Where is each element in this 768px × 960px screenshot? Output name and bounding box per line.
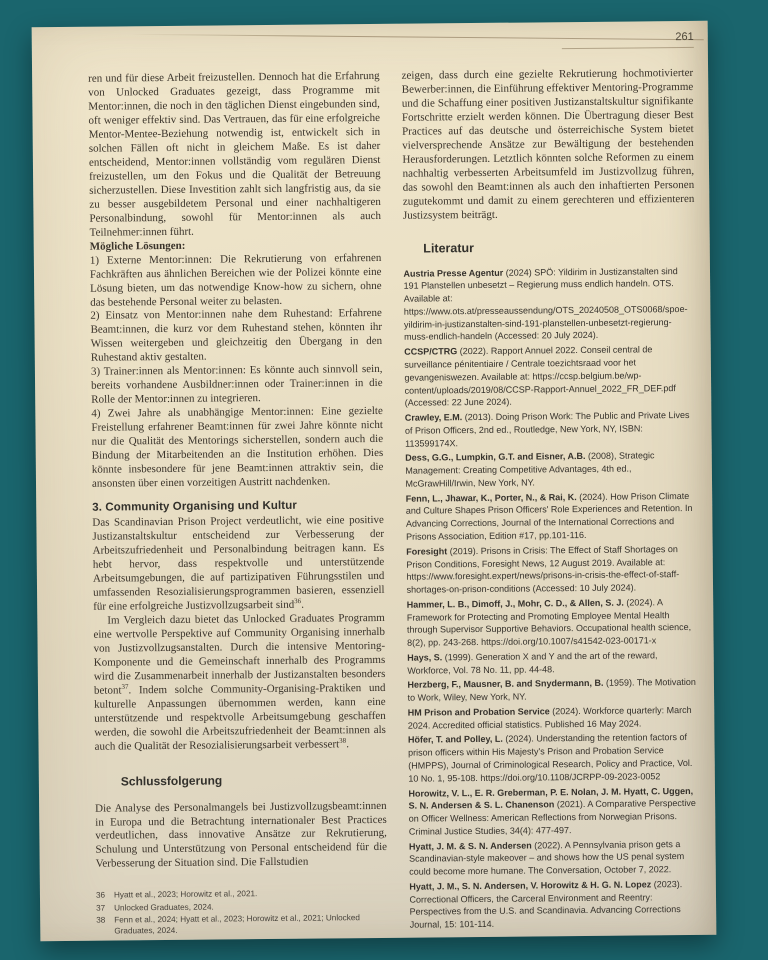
right-column: zeigen, dass durch eine gezielte Rekruti… (402, 67, 702, 930)
footnote-number: 38 (96, 915, 107, 938)
reference-authors: CCSP/CTRG (404, 346, 457, 357)
conclusion-heading: Schlussfolgerung (121, 771, 387, 788)
left-column: ren und für diese Arbeit freizustellen. … (88, 70, 388, 933)
reference-item: Crawley, E.M. (2013). Doing Prison Work:… (405, 409, 697, 450)
conclusion-paragraph: Die Analyse des Personalmangels bei Just… (95, 799, 387, 872)
footnote-text: Fenn et al., 2024; Hyatt et al., 2023; H… (114, 912, 388, 937)
photo-background: 261 ren und für diese Arbeit freizustell… (0, 0, 768, 960)
reference-authors: Herzberg, F., Mausner, B. and Snydermann… (407, 678, 603, 690)
solution-item: 2) Einsatz von Mentor:innen nahe dem Ruh… (90, 307, 382, 366)
footnotes-block: 36 Hyatt et al., 2023; Horowitz et al., … (96, 887, 388, 937)
reference-authors: HM Prison and Probation Service (408, 706, 550, 717)
reference-item: Hyatt, J. M., S. N. Andersen, V. Horowit… (409, 878, 701, 932)
footnote-text: Hyatt et al., 2023; Horowitz et al., 202… (114, 889, 257, 902)
reference-authors: Fenn, L., Jhawar, K., Porter, N., & Rai,… (406, 492, 577, 504)
page-number-text: 261 (675, 31, 693, 43)
reference-authors: Höfer, T. and Polley, L. (408, 734, 503, 745)
reference-item: Hays, S. (1999). Generation X and Y and … (407, 649, 699, 677)
reference-body: (1999). Generation X and Y and the art o… (407, 650, 657, 675)
section-3-heading: 3. Community Organising und Kultur (92, 499, 384, 514)
body-paragraph-continuation: ren und für diese Arbeit freizustellen. … (88, 70, 381, 240)
solution-item: 4) Zwei Jahre als unabhängige Mentor:inn… (91, 405, 383, 492)
footnote-marker-38: 38 (339, 736, 346, 744)
reference-item: Austria Presse Agentur (2024) SPÖ: Yildi… (403, 265, 695, 344)
solution-item: 3) Trainer:innen als Mentor:innen: Es kö… (91, 363, 383, 408)
reference-authors: Hyatt, J. M., S. N. Andersen, V. Horowit… (409, 879, 651, 891)
reference-item: Foresight (2019). Prisons in Crisis: The… (406, 543, 698, 597)
reference-list: Austria Presse Agentur (2024) SPÖ: Yildi… (403, 265, 701, 932)
scanned-book-page: 261 ren und für diese Arbeit freizustell… (32, 21, 717, 941)
footnote-number: 36 (96, 890, 107, 901)
solutions-list: 1) Externe Mentor:innen: Die Rekrutierun… (90, 252, 384, 492)
footnote-marker-37: 37 (121, 682, 128, 690)
reference-item: Höfer, T. and Polley, L. (2024). Underst… (408, 731, 700, 785)
footnote-text: Unlocked Graduates, 2024. (114, 901, 214, 913)
paragraph-text: Das Scandinavian Prison Project verdeutl… (92, 514, 384, 613)
reference-authors: Hammer, L. B., Dimoff, J., Mohr, C. D., … (407, 597, 624, 609)
reference-item: Hyatt, J. M. & S. N. Andersen (2022). A … (409, 837, 701, 878)
reference-item: Horowitz, V. L., E. R. Greberman, P. E. … (408, 784, 700, 838)
reference-item: Herzberg, F., Mausner, B. and Snydermann… (407, 676, 699, 704)
reference-item: HM Prison and Probation Service (2024). … (408, 704, 700, 732)
reference-item: Fenn, L., Jhawar, K., Porter, N., & Rai,… (406, 490, 698, 544)
body-paragraph-continuation-right: zeigen, dass durch eine gezielte Rekruti… (402, 67, 695, 223)
solution-item: 1) Externe Mentor:innen: Die Rekrutierun… (90, 252, 382, 311)
reference-authors: Foresight (406, 546, 447, 556)
reference-authors: Hays, S. (407, 652, 442, 662)
reference-item: Hammer, L. B., Dimoff, J., Mohr, C. D., … (407, 596, 699, 650)
footnote-marker-36: 36 (294, 597, 301, 605)
reference-authors: Dess, G.G., Lumpkin, G.T. and Eisner, A.… (405, 451, 585, 463)
reference-body: (2019). Prisons in Crisis: The Effect of… (406, 544, 679, 595)
paragraph-text: . (301, 599, 304, 611)
page-content: ren und für diese Arbeit freizustellen. … (88, 67, 701, 933)
footnote-number: 37 (96, 902, 107, 913)
reference-authors: Austria Presse Agentur (403, 267, 503, 278)
section-3-paragraph-1: Das Scandinavian Prison Project verdeutl… (92, 514, 384, 615)
section-3-paragraph-2: Im Vergleich dazu bietet das Unlocked Gr… (93, 612, 386, 754)
literature-heading: Literatur (423, 239, 695, 256)
reference-authors: Hyatt, J. M. & S. N. Andersen (409, 840, 532, 851)
reference-authors: Crawley, E.M. (405, 412, 462, 423)
footnote: 38 Fenn et al., 2024; Hyatt et al., 2023… (96, 912, 388, 937)
paragraph-text: . (346, 738, 349, 750)
reference-item: Dess, G.G., Lumpkin, G.T. and Eisner, A.… (405, 449, 697, 490)
page-number: 261 (562, 31, 694, 49)
reference-item: CCSP/CTRG (2022). Rapport Annuel 2022. C… (404, 343, 696, 410)
